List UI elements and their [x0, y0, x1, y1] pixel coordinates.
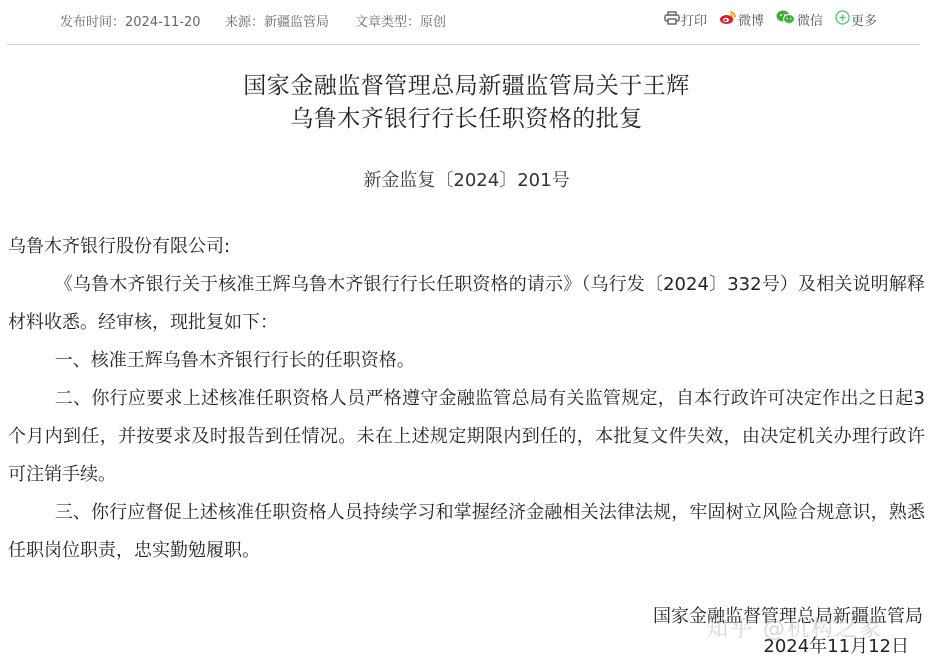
weibo-label: 微博: [738, 10, 764, 29]
article-type-label: 文章类型：: [355, 15, 420, 30]
source-label: 来源：: [225, 15, 264, 30]
document-number: 新金监复〔2024〕201号: [0, 166, 933, 192]
paragraph-item-3: 三、你行应督促上述核准任职资格人员持续学习和掌握经济金融相关法律法规，牢固树立风…: [8, 494, 925, 570]
printer-icon: [664, 11, 681, 29]
article-meta-bar: 发布时间：2024-11-20 来源：新疆监管局 文章类型：原创 打印: [0, 0, 933, 44]
header-divider: [7, 44, 920, 45]
plus-circle-icon: [835, 10, 851, 29]
document-title: 国家金融监督管理总局新疆监管局关于王辉 乌鲁木齐银行行长任职资格的批复: [0, 70, 933, 136]
share-toolbar: 打印 微博: [664, 10, 877, 29]
print-label: 打印: [681, 10, 707, 29]
article-meta-info: 发布时间：2024-11-20 来源：新疆监管局 文章类型：原创: [60, 11, 446, 30]
source: 来源：新疆监管局: [225, 11, 355, 30]
title-line-1: 国家金融监督管理总局新疆监管局关于王辉: [0, 70, 933, 103]
wechat-icon: [776, 10, 797, 29]
signature-org: 国家金融监督管理总局新疆监管局: [653, 602, 923, 632]
document-body: 乌鲁木齐银行股份有限公司: 《乌鲁木齐银行关于核准王辉乌鲁木齐银行行长任职资格的…: [8, 228, 925, 570]
article-type-value: 原创: [420, 15, 446, 30]
weibo-icon: [719, 10, 738, 29]
paragraph-item-2: 二、你行应要求上述核准任职资格人员严格遵守金融监管总局有关监管规定，自本行政许可…: [8, 380, 925, 494]
print-button[interactable]: 打印: [664, 10, 707, 29]
publish-time-value: 2024-11-20: [125, 15, 201, 30]
more-label: 更多: [851, 10, 877, 29]
paragraph-intro: 《乌鲁木齐银行关于核准王辉乌鲁木齐银行行长任职资格的请示》（乌行发〔2024〕3…: [8, 266, 925, 342]
paragraph-item-1: 一、核准王辉乌鲁木齐银行行长的任职资格。: [8, 342, 925, 380]
publish-time: 发布时间：2024-11-20: [60, 11, 225, 30]
wechat-label: 微信: [797, 10, 823, 29]
signature-date: 2024年11月12日: [653, 632, 923, 662]
wechat-share-button[interactable]: 微信: [776, 10, 823, 29]
publish-time-label: 发布时间：: [60, 15, 125, 30]
addressee: 乌鲁木齐银行股份有限公司:: [8, 228, 925, 266]
article-type: 文章类型：原创: [355, 11, 446, 30]
source-value: 新疆监管局: [264, 15, 329, 30]
weibo-share-button[interactable]: 微博: [719, 10, 764, 29]
signature-block: 国家金融监督管理总局新疆监管局 2024年11月12日: [653, 602, 923, 662]
title-line-2: 乌鲁木齐银行行长任职资格的批复: [0, 103, 933, 136]
more-share-button[interactable]: 更多: [835, 10, 877, 29]
